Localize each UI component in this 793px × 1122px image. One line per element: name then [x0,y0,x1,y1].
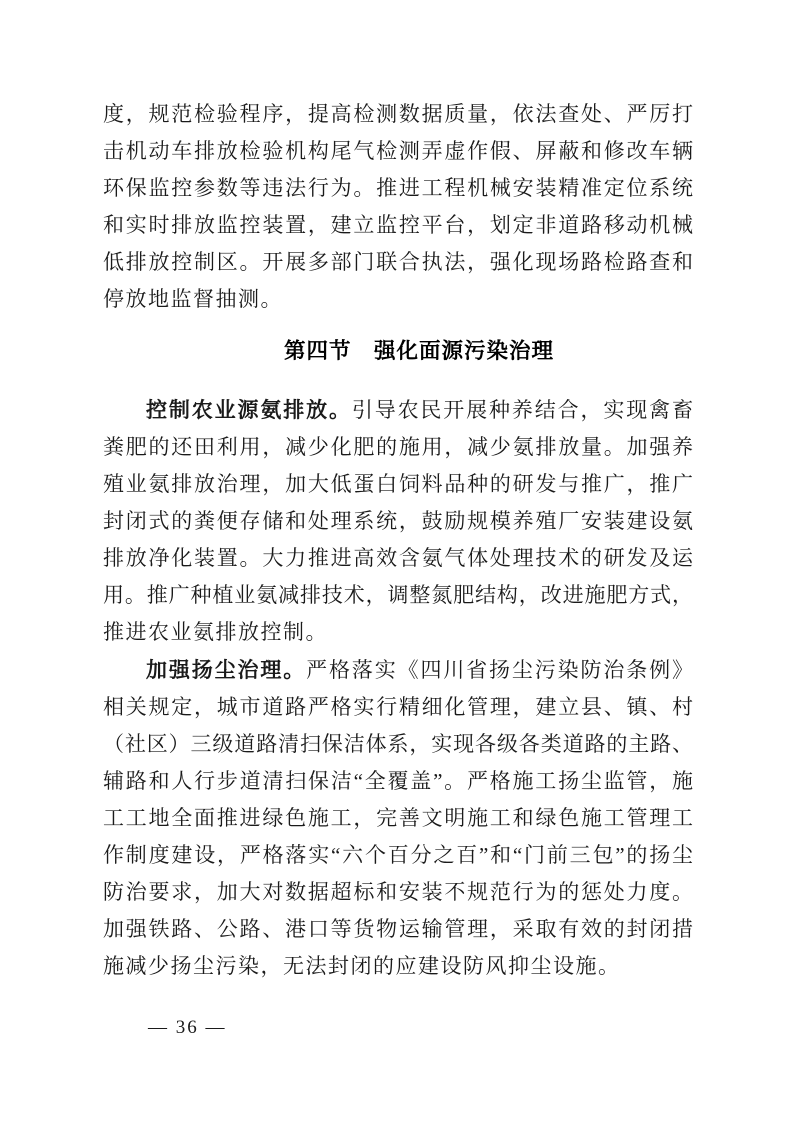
paragraph-lead-bold: 加强扬尘治理。 [146,659,306,682]
text-line: 度，规范检验程序，提高检测数据质量，依法查处、严厉打 [103,96,693,133]
paragraph-vehicle-inspection: 度，规范检验程序，提高检测数据质量，依法查处、严厉打击机动车排放检验机构尾气检测… [103,96,693,318]
text-line: 用。推广种植业氨减排技术，调整氮肥结构，改进施肥方式， [103,577,693,614]
text-line: 控制农业源氨排放。引导农民开展种养结合，实现禽畜 [103,392,693,429]
section-heading: 第四节 强化面源污染治理 [103,333,693,370]
text-line: 低排放控制区。开展多部门联合执法，强化现场路检路查和 [103,244,693,281]
paragraph-dust-control: 加强扬尘治理。严格落实《四川省扬尘污染防治条例》相关规定，城市道路严格实行精细化… [103,652,693,985]
text-line: 防治要求，加大对数据超标和安装不规范行为的惩处力度。 [103,874,693,911]
text-line: 粪肥的还田利用，减少化肥的施用，减少氨排放量。加强养 [103,429,693,466]
text-line: 相关规定，城市道路严格实行精细化管理，建立县、镇、村 [103,689,693,726]
text-line: 加强扬尘治理。严格落实《四川省扬尘污染防治条例》 [103,652,693,689]
text-line: 工工地全面推进绿色施工，完善文明施工和绿色施工管理工 [103,800,693,837]
text-line: （社区）三级道路清扫保洁体系，实现各级各类道路的主路、 [103,726,693,763]
text-line: 和实时排放监控装置，建立监控平台，划定非道路移动机械 [103,207,693,244]
text-line: 排放净化装置。大力推进高效含氨气体处理技术的研发及运 [103,540,693,577]
text-line: 推进农业氨排放控制。 [103,614,693,651]
paragraph-ammonia-control: 控制农业源氨排放。引导农民开展种养结合，实现禽畜粪肥的还田利用，减少化肥的施用，… [103,392,693,651]
text-line: 击机动车排放检验机构尾气检测弄虚作假、屏蔽和修改车辆 [103,133,693,170]
document-page: 度，规范检验程序，提高检测数据质量，依法查处、严厉打击机动车排放检验机构尾气检测… [0,0,793,1122]
paragraph-lead-bold: 控制农业源氨排放。 [146,399,352,422]
text-line: 封闭式的粪便存储和处理系统，鼓励规模养殖厂安装建设氨 [103,503,693,540]
text-line: 施减少扬尘污染，无法封闭的应建设防风抑尘设施。 [103,948,693,985]
text-line: 辅路和人行步道清扫保洁“全覆盖”。严格施工扬尘监管，施 [103,763,693,800]
text-line: 加强铁路、公路、港口等货物运输管理，采取有效的封闭措 [103,911,693,948]
text-line: 停放地监督抽测。 [103,281,693,318]
text-line: 环保监控参数等违法行为。推进工程机械安装精准定位系统 [103,170,693,207]
text-line: 作制度建设，严格落实“六个百分之百”和“门前三包”的扬尘 [103,837,693,874]
page-number: — 36 — [148,1016,227,1040]
text-line: 殖业氨排放治理，加大低蛋白饲料品种的研发与推广，推广 [103,466,693,503]
